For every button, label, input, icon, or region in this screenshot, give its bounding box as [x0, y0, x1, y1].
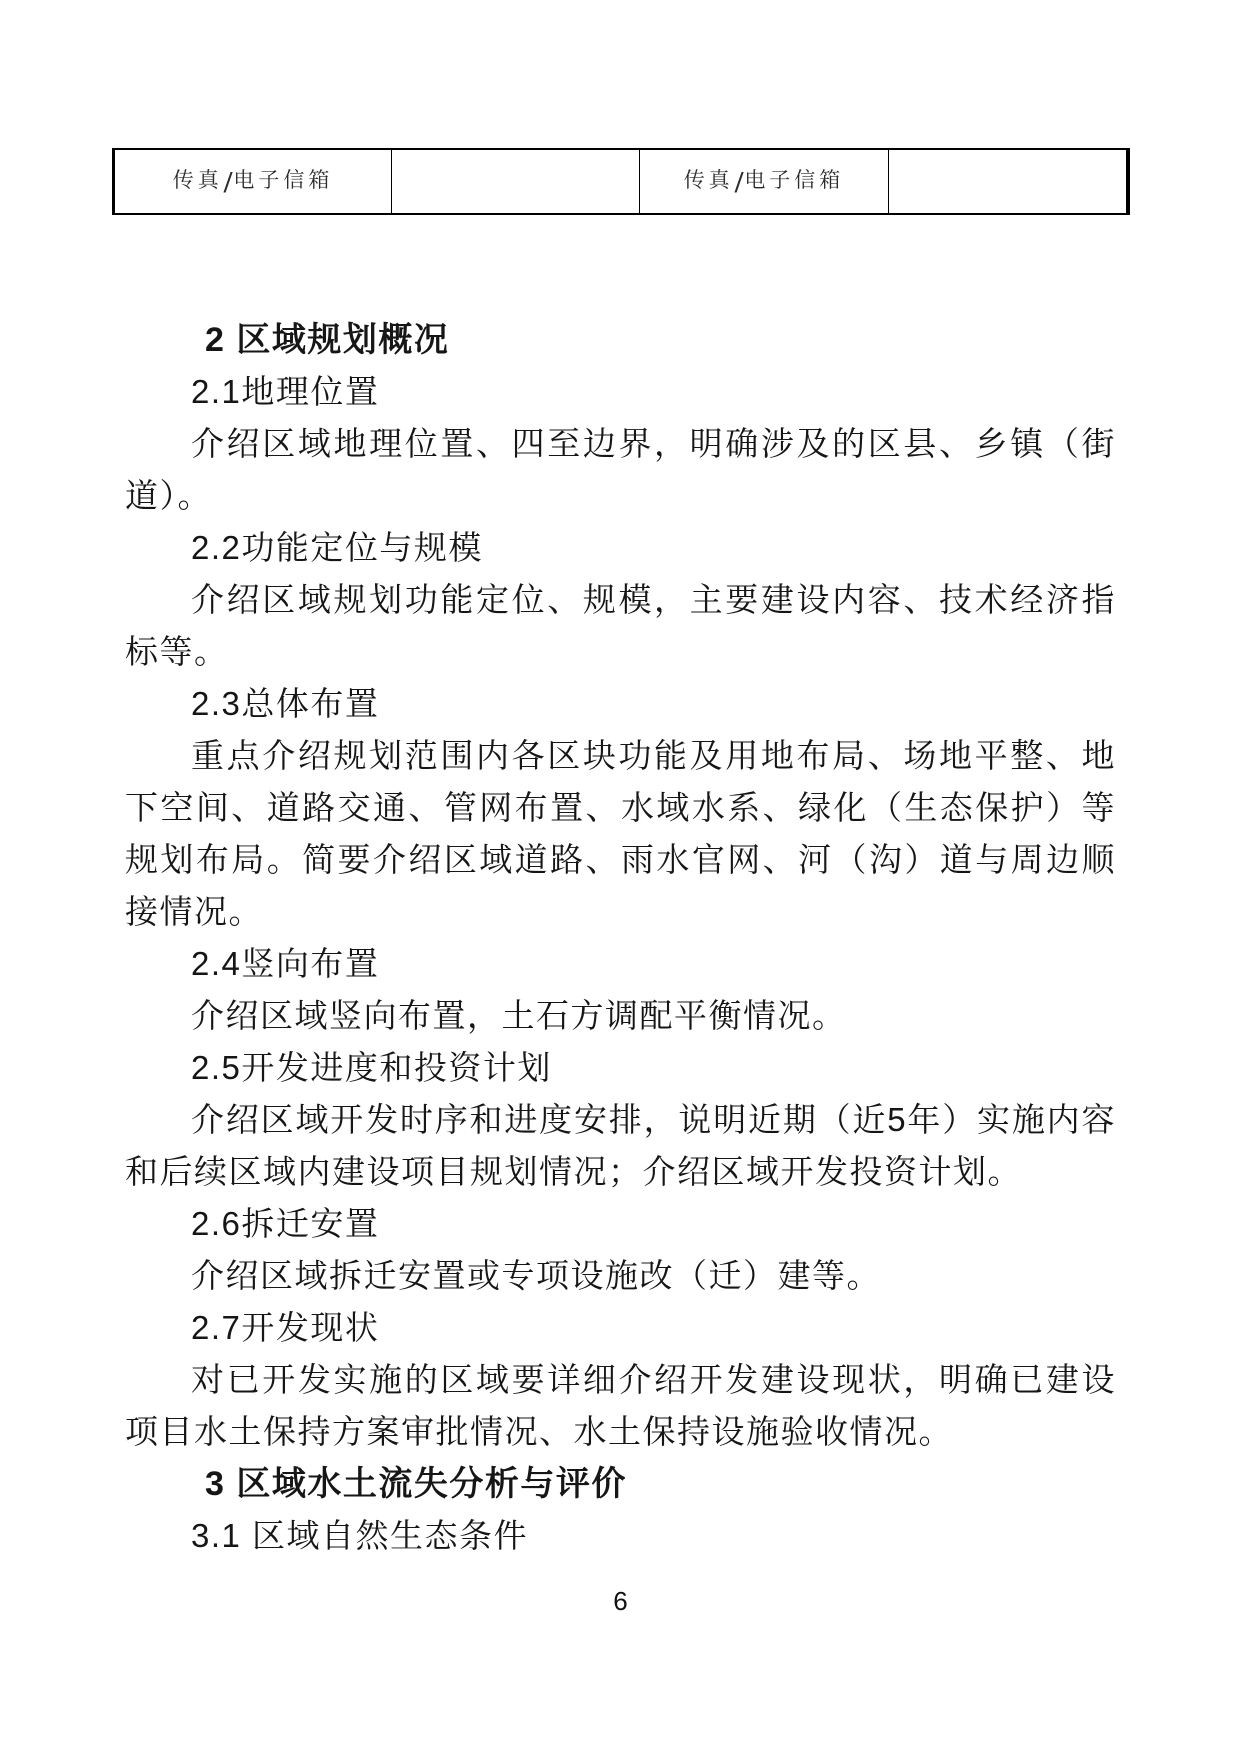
- text-line: 介绍区域开发时序和进度安排，说明近期（近5年）实施内容: [125, 1094, 1116, 1146]
- text-line: 介绍区域拆迁安置或专项设施改（迁）建等。: [125, 1250, 1116, 1302]
- text-line: 道）。: [125, 470, 1116, 522]
- text-line: 介绍区域竖向布置，土石方调配平衡情况。: [125, 990, 1116, 1042]
- text-line: 2.2功能定位与规模: [125, 522, 1116, 574]
- document-content: 2 区域规划概况2.1地理位置介绍区域地理位置、四至边界，明确涉及的区县、乡镇（…: [125, 314, 1116, 1562]
- slash-glyph: /: [735, 164, 744, 199]
- section-heading: 2.1地理位置: [125, 366, 1116, 418]
- text-line: 2.4竖向布置: [125, 938, 1116, 990]
- text-line: 规划布局。简要介绍区域道路、雨水官网、河（沟）道与周边顺: [125, 834, 1116, 886]
- section-heading: 2.3总体布置: [125, 678, 1116, 730]
- document-page: 传真/电子信箱 传真/电子信箱 2 区域规划概况2.1地理位置介绍区域地理位置、…: [0, 0, 1241, 1754]
- paragraph: 介绍区域地理位置、四至边界，明确涉及的区县、乡镇（街道）。: [125, 418, 1116, 522]
- table-cell-fax-email-label-2: 传真/电子信箱: [639, 150, 887, 213]
- paragraph: 介绍区域竖向布置，土石方调配平衡情况。: [125, 990, 1116, 1042]
- table-cell-fax-email-value-2: [888, 150, 1126, 213]
- paragraph: 重点介绍规划范围内各区块功能及用地布局、场地平整、地下空间、道路交通、管网布置、…: [125, 730, 1116, 938]
- slash-glyph: /: [224, 164, 233, 199]
- text-line: 重点介绍规划范围内各区块功能及用地布局、场地平整、地: [125, 730, 1116, 782]
- text-line: 项目水土保持方案审批情况、水土保持设施验收情况。: [125, 1406, 1116, 1458]
- paragraph: 介绍区域拆迁安置或专项设施改（迁）建等。: [125, 1250, 1116, 1302]
- paragraph: 介绍区域开发时序和进度安排，说明近期（近5年）实施内容和后续区域内建设项目规划情…: [125, 1094, 1116, 1198]
- text-line: 下空间、道路交通、管网布置、水域水系、绿化（生态保护）等: [125, 782, 1116, 834]
- paragraph: 对已开发实施的区域要详细介绍开发建设现状，明确已建设项目水土保持方案审批情况、水…: [125, 1354, 1116, 1458]
- text-line: 3 区域水土流失分析与评价: [125, 1458, 1116, 1510]
- text-line: 2.7开发现状: [125, 1302, 1116, 1354]
- section-heading: 2.7开发现状: [125, 1302, 1116, 1354]
- text-line: 2 区域规划概况: [125, 314, 1116, 366]
- text-line: 介绍区域地理位置、四至边界，明确涉及的区县、乡镇（街: [125, 418, 1116, 470]
- text-line: 介绍区域规划功能定位、规模，主要建设内容、技术经济指: [125, 574, 1116, 626]
- fax-email-label: 传真/电子信箱: [173, 164, 334, 200]
- section-heading: 2.6拆迁安置: [125, 1198, 1116, 1250]
- chapter-heading: 2 区域规划概况: [125, 314, 1116, 366]
- text-line: 2.1地理位置: [125, 366, 1116, 418]
- paragraph: 介绍区域规划功能定位、规模，主要建设内容、技术经济指标等。: [125, 574, 1116, 678]
- table-cell-fax-email-value-1: [391, 150, 639, 213]
- section-heading: 2.5开发进度和投资计划: [125, 1042, 1116, 1094]
- table-cell-fax-email-label-1: 传真/电子信箱: [115, 150, 391, 213]
- text-line: 和后续区域内建设项目规划情况；介绍区域开发投资计划。: [125, 1146, 1116, 1198]
- text-line: 2.5开发进度和投资计划: [125, 1042, 1116, 1094]
- chapter-heading: 3 区域水土流失分析与评价: [125, 1458, 1116, 1510]
- fax-email-label: 传真/电子信箱: [684, 164, 845, 200]
- section-heading: 2.4竖向布置: [125, 938, 1116, 990]
- text-line: 2.3总体布置: [125, 678, 1116, 730]
- text-line: 对已开发实施的区域要详细介绍开发建设现状，明确已建设: [125, 1354, 1116, 1406]
- page-number: 6: [125, 1586, 1116, 1616]
- contact-table: 传真/电子信箱 传真/电子信箱: [112, 148, 1130, 215]
- text-line: 标等。: [125, 626, 1116, 678]
- section-heading: 3.1 区域自然生态条件: [125, 1510, 1116, 1562]
- text-line: 2.6拆迁安置: [125, 1198, 1116, 1250]
- section-heading: 2.2功能定位与规模: [125, 522, 1116, 574]
- text-line: 3.1 区域自然生态条件: [125, 1510, 1116, 1562]
- text-line: 接情况。: [125, 886, 1116, 938]
